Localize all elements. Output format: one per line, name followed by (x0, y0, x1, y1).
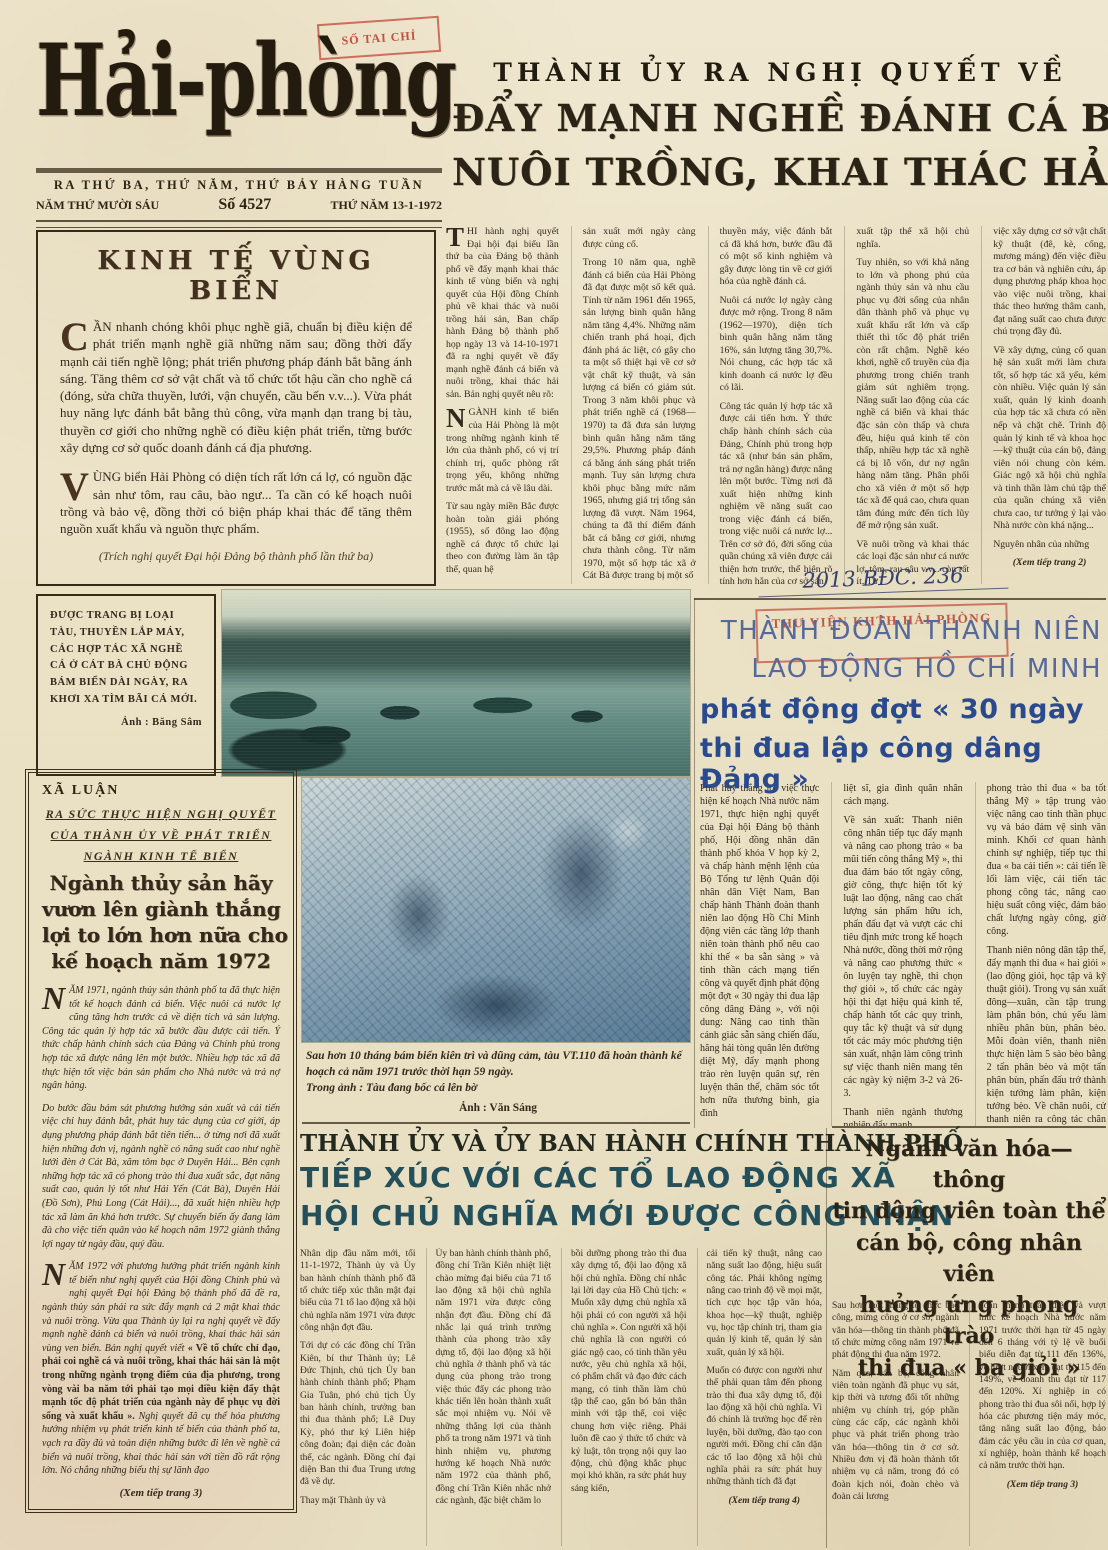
article-column: bồi dưỡng phong trào thi đua xây dựng tổ… (561, 1248, 687, 1546)
article-column: phong trào thi đua « ba tốt thắng Mỹ » t… (975, 782, 1106, 1126)
editorial-headline-line2: vươn lên giành thắng (42, 896, 280, 922)
paragraph: Trong 10 năm qua, nghề đánh cá biển của … (583, 257, 696, 583)
paragraph: Thay mặt Thành ủy và (300, 1495, 416, 1507)
article-column: Sau hơn một tháng tổ chức báo công, mừng… (832, 1300, 959, 1546)
caption-line2: Trong ảnh : Tàu đang bốc cá lên bờ (306, 1080, 690, 1096)
culture-headline-line3: cán bộ, công nhân viên (832, 1228, 1106, 1290)
paragraph: Phát huy thắng lợi việc thực hiện kế hoạ… (700, 782, 819, 1120)
continuation-note: (Xem tiếp trang 3) (42, 1487, 280, 1499)
paragraph: Sau hơn một tháng tổ chức báo công, mừng… (832, 1300, 959, 1362)
paragraph: NĂM 1972 với phương hướng phát triển ngà… (42, 1260, 280, 1478)
culture-headline-line2: tin động viên toàn thể (832, 1196, 1106, 1227)
photo-credit: Ảnh : Băng Sâm (50, 715, 202, 732)
article-column: việc xây dựng cơ sở vật chất kỹ thuật (đ… (981, 226, 1106, 584)
continuation-note: (Xem tiếp trang 4) (707, 1495, 823, 1507)
editorial-label: XÃ LUẬN (42, 783, 280, 799)
paragraph: Về sản xuất: Thanh niên công nhân tiếp t… (843, 814, 962, 1100)
paragraph: Nuôi cá nước lợ ngày càng được mở rộng. … (720, 295, 833, 395)
editorial-headline-line3: lợi to lớn hơn nữa cho (42, 922, 280, 948)
lead-kicker: THÀNH ỦY RA NGHỊ QUYẾT VỀ (458, 58, 1102, 87)
photo-credit: Ảnh : Văn Sáng (306, 1100, 690, 1116)
editorial-headline-line4: kế hoạch năm 1972 (42, 948, 280, 974)
paragraph: thuyền máy, việc đánh bắt cá đã khá hơn,… (720, 226, 833, 289)
continuation-note: (Xem tiếp trang 3) (979, 1479, 1106, 1491)
paragraph: THI hành nghị quyết Đại hội đại biểu lần… (446, 226, 559, 401)
lead-headline-line2: NUÔI TRỒNG, KHAI THÁC HẢI SẢN (452, 150, 1104, 194)
column-rule (826, 1128, 827, 1548)
youth-article-columns: Phát huy thắng lợi việc thực hiện kế hoạ… (700, 782, 1106, 1126)
paragraph: Từ sau ngày miền Bắc được hoàn toàn giải… (446, 501, 559, 576)
editorial-body: NĂM 1971, ngành thủy sản thành phố ta đã… (42, 984, 280, 1499)
paragraph: Nguyên nhân của những (993, 539, 1106, 552)
paragraph: Muốn có được con người như thế phải quan… (707, 1365, 823, 1488)
paragraph: Công tác quản lý hợp tác xã được cải tiế… (720, 401, 833, 584)
paragraph: Do bước đầu bám sát phương hướng sản xuấ… (42, 1102, 280, 1252)
photo-caption-box: ĐƯỢC TRANG BỊ LOẠI TÀU, THUYỀN LẮP MÁY, … (36, 594, 216, 776)
youth-headline-line3: phát động đợt « 30 ngày (700, 694, 1106, 725)
meeting-headline-line2: TIẾP XÚC VỚI CÁC TỔ LAO ĐỘNG XÃ (300, 1161, 822, 1194)
culture-headline-line1: Ngành văn hóa—thông (832, 1134, 1106, 1196)
editorial-kicker-line2: CỦA THÀNH ỦY VỀ PHÁT TRIỂN (42, 828, 280, 843)
paragraph: Nhân dịp đầu năm mới, tối 11-1-1972, Thà… (300, 1248, 416, 1334)
article-column: sản xuất mới ngày càng được củng cố. Tro… (571, 226, 696, 584)
paragraph: việc xây dựng cơ sở vật chất kỹ thuật (đ… (993, 226, 1106, 339)
paragraph: phong trào thi đua « ba tốt thắng Mỹ » t… (987, 782, 1106, 938)
youth-headline-line2: LAO ĐỘNG HỒ CHÍ MINH (702, 654, 1102, 684)
article-column: thuyền máy, việc đánh bắt cá đã khá hơn,… (708, 226, 833, 584)
photo-caption: Sau hơn 10 tháng bám biển kiên trì và dũ… (306, 1048, 690, 1116)
editorial-kicker-line3: NGÀNH KINH TẾ BIỂN (42, 849, 280, 864)
youth-headline-line1: THÀNH ĐOÀN THANH NIÊN (702, 616, 1102, 646)
article-column: cải tiến kỹ thuật, nâng cao năng suất la… (697, 1248, 823, 1546)
youth-headline-line4: thi đua lập công dâng Đảng » (700, 733, 1106, 795)
paragraph: Ủy ban hành chính thành phố, đồng chí Tr… (436, 1248, 552, 1507)
paragraph: sản xuất mới ngày càng được củng cố. (583, 226, 696, 251)
article-column: Nhân dịp đầu năm mới, tối 11-1-1972, Thà… (300, 1248, 416, 1546)
section-rule (694, 598, 1106, 600)
publication-schedule: RA THỨ BA, THỨ NĂM, THỨ BẢY HÀNG TUẦN (36, 178, 442, 193)
editorial-box: XÃ LUẬN RA SỨC THỰC HIỆN NGHỊ QUYẾT CỦA … (28, 772, 294, 1510)
caption-text: ĐƯỢC TRANG BỊ LOẠI TÀU, THUYỀN LẮP MÁY, … (50, 608, 202, 709)
quote-box-title: KINH TẾ VÙNG BIỂN (60, 246, 412, 306)
photo-unloading-fish-from-boat (302, 778, 690, 1042)
paragraph: CẦN nhanh chóng khôi phục nghề giã, chuẩ… (60, 318, 412, 456)
paragraph: Tới dự có các đồng chí Trần Kiên, bí thư… (300, 1340, 416, 1488)
paragraph: VÙNG biển Hải Phòng có diện tích rất lớn… (60, 468, 412, 537)
column-rule (694, 598, 695, 1128)
issue-date: THỨ NĂM 13-1-1972 (330, 198, 442, 213)
continuation-note: (Xem tiếp trang 2) (993, 557, 1106, 570)
section-rule (302, 1122, 690, 1124)
paragraph: bồi dưỡng phong trào thi đua xây dựng tổ… (571, 1248, 687, 1495)
editorial-kicker-line1: RA SỨC THỰC HIỆN NGHỊ QUYẾT (42, 807, 280, 822)
photo-fishing-boats-at-sea (222, 590, 690, 776)
paragraph: xuất tập thể xã hội chủ nghĩa. (856, 226, 969, 251)
meeting-headline-line1: THÀNH ỦY VÀ ỦY BAN HÀNH CHÍNH THÀNH PHỐ (300, 1130, 822, 1157)
lead-article-columns: THI hành nghị quyết Đại hội đại biểu lần… (446, 226, 1106, 584)
paragraph: Tuy nhiên, so với khả năng to lớn và pho… (856, 257, 969, 533)
paragraph-segment: NĂM 1972 với phương hướng phát triển ngà… (42, 1261, 280, 1354)
issue-number: Số 4527 (218, 196, 271, 214)
meeting-headline-line3: HỘI CHỦ NGHĨA MỚI ĐƯỢC CÔNG NHẬN (300, 1199, 822, 1232)
paragraph: Về xây dựng, củng cố quan hệ sản xuất mớ… (993, 345, 1106, 533)
lead-headline-line1: ĐẨY MẠNH NGHỀ ĐÁNH CÁ BIỂN VÀ (452, 96, 1104, 140)
publication-year: NĂM THỨ MƯỜI SÁU (36, 198, 159, 213)
article-column: Phát huy thắng lợi việc thực hiện kế hoạ… (700, 782, 819, 1126)
editorial-headline-line1: Ngành thủy sản hãy (42, 870, 280, 896)
quote-attribution: (Trích nghị quyết Đại hội Đảng bộ thành … (60, 549, 412, 564)
paragraph: Năm qua, cán bộ, công nhân viên toàn ngà… (832, 1368, 959, 1504)
economy-quote-box: KINH TẾ VÙNG BIỂN CẦN nhanh chóng khôi p… (36, 230, 436, 586)
culture-article-columns: Sau hơn một tháng tổ chức báo công, mừng… (832, 1300, 1106, 1546)
paragraph: hoàn thành toàn diện và vượt mức kế hoạc… (979, 1300, 1106, 1473)
masthead-info-line: NĂM THỨ MƯỜI SÁU Số 4527 THỨ NĂM 13-1-19… (36, 196, 442, 214)
paragraph: Thanh niên nông dân tập thể, đẩy mạnh th… (987, 944, 1106, 1126)
section-rule (832, 1126, 1106, 1128)
meeting-article-columns: Nhân dịp đầu năm mới, tối 11-1-1972, Thà… (300, 1248, 822, 1546)
article-column: hoàn thành toàn diện và vượt mức kế hoạc… (969, 1300, 1106, 1546)
paragraph: Thanh niên ngành thương nghiệp đẩy mạnh (843, 1106, 962, 1126)
masthead-double-rule (36, 220, 442, 228)
article-column: xuất tập thể xã hội chủ nghĩa. Tuy nhiên… (844, 226, 969, 584)
masthead-thick-rule (36, 168, 442, 173)
paragraph: NGÀNH kinh tế biển của Hải Phòng là một … (446, 407, 559, 495)
newspaper-front-page: Hải-phòng SỐ TAI CHỈ RA THỨ BA, THỨ NĂM,… (0, 0, 1108, 1550)
caption-line1: Sau hơn 10 tháng bám biển kiên trì và dũ… (306, 1048, 690, 1080)
article-column: liệt sĩ, gia đình quân nhân cách mạng. V… (831, 782, 962, 1126)
paragraph: cải tiến kỹ thuật, nâng cao năng suất la… (707, 1248, 823, 1359)
article-column: THI hành nghị quyết Đại hội đại biểu lần… (446, 226, 559, 584)
paragraph: NĂM 1971, ngành thủy sản thành phố ta đã… (42, 984, 280, 1093)
article-column: Ủy ban hành chính thành phố, đồng chí Tr… (426, 1248, 552, 1546)
